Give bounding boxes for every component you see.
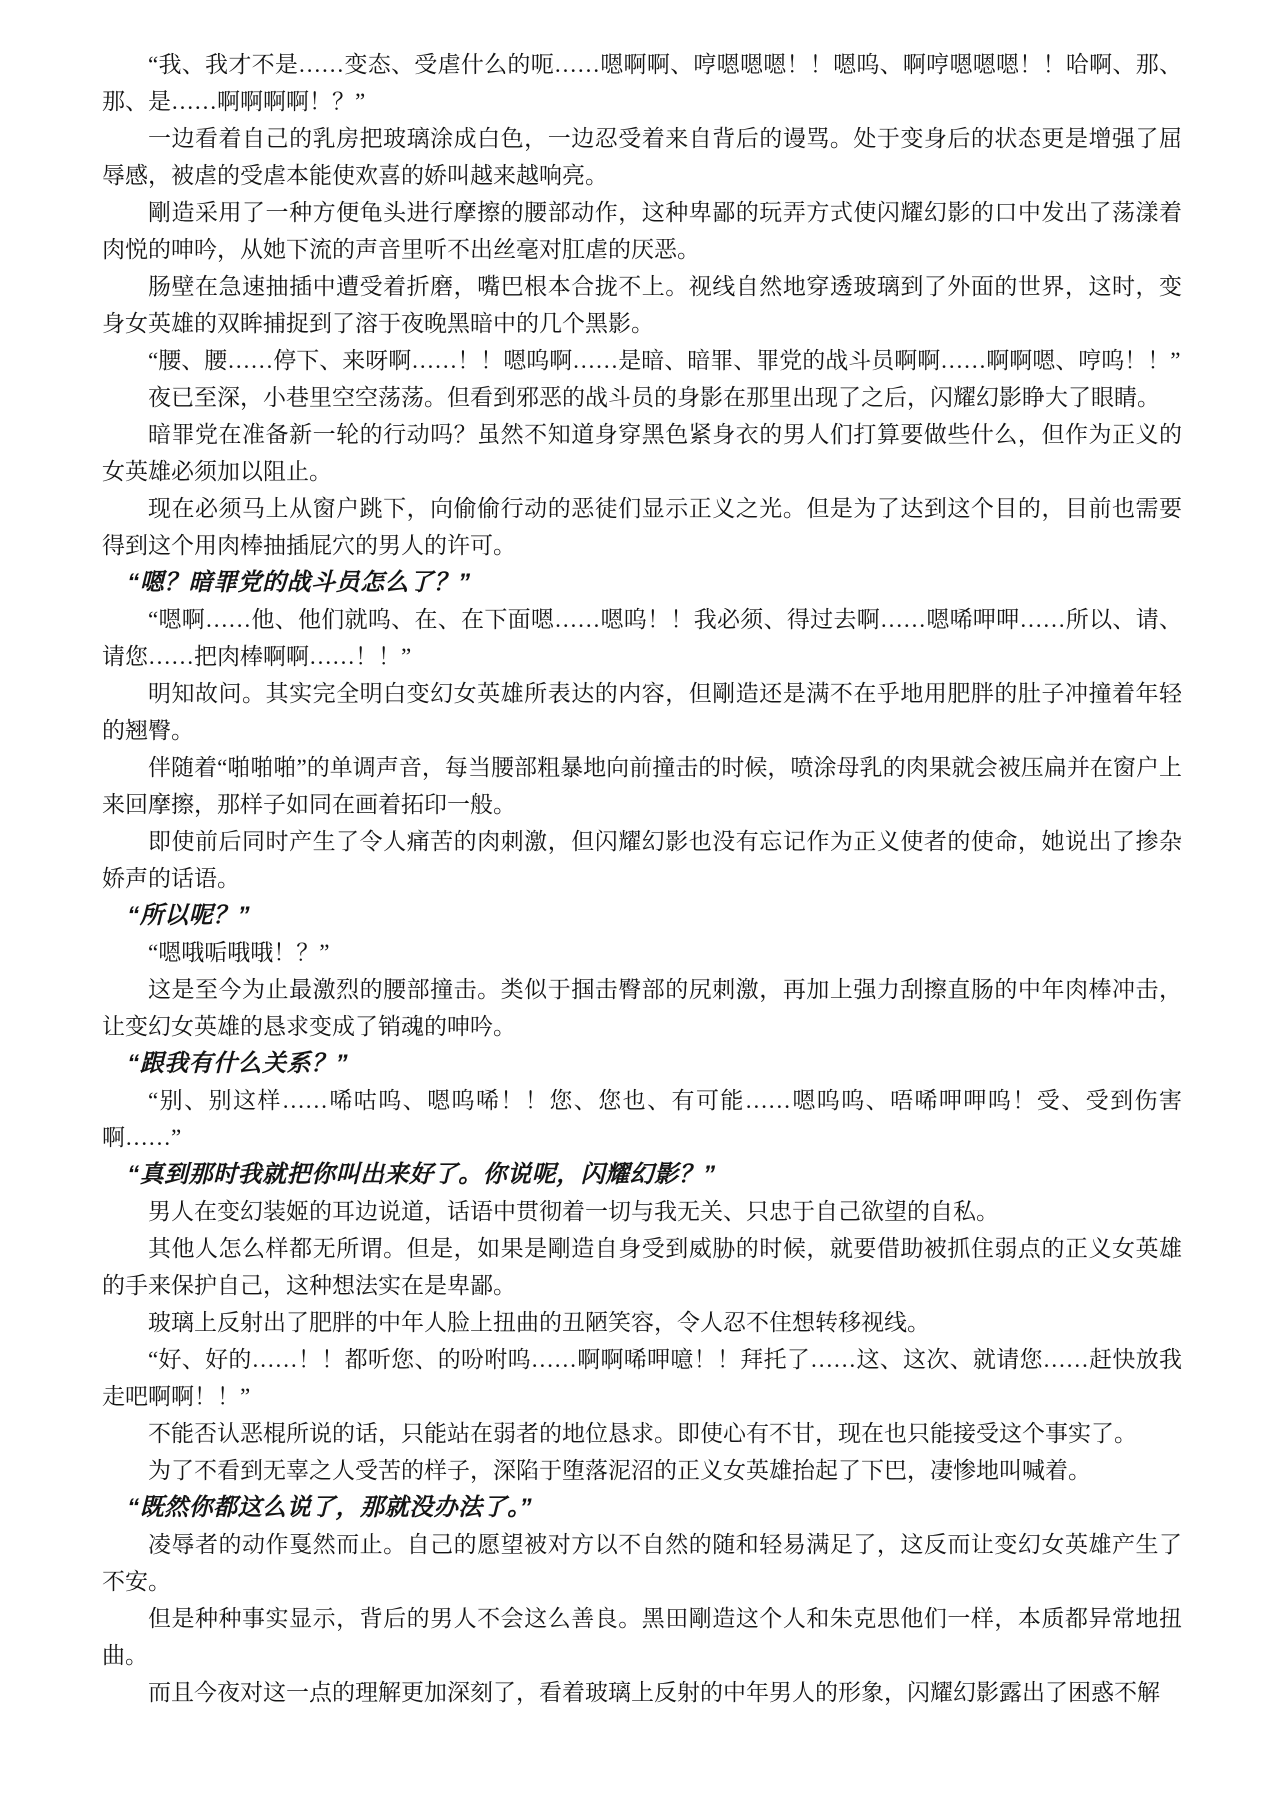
text-paragraph: 不能否认恶棍所说的话，只能站在弱者的地位恳求。即使心有不甘，现在也只能接受这个事…	[102, 1415, 1182, 1452]
text-paragraph: 而且今夜对这一点的理解更加深刻了，看着玻璃上反射的中年男人的形象，闪耀幻影露出了…	[102, 1674, 1182, 1711]
dialogue-emphasis-paragraph: “真到那时我就把你叫出来好了。你说呢，闪耀幻影？”	[102, 1156, 1182, 1193]
dialogue-emphasis-paragraph: “既然你都这么说了，那就没办法了。”	[102, 1489, 1182, 1526]
text-paragraph: “嗯哦㖃哦哦！？”	[102, 934, 1182, 971]
text-paragraph: 肠壁在急速抽插中遭受着折磨，嘴巴根本合拢不上。视线自然地穿透玻璃到了外面的世界，…	[102, 268, 1182, 342]
dialogue-emphasis-paragraph: “嗯？暗罪党的战斗员怎么了？”	[102, 564, 1182, 601]
text-paragraph: 这是至今为止最激烈的腰部撞击。类似于掴击臀部的尻刺激，再加上强力刮擦直肠的中年肉…	[102, 971, 1182, 1045]
text-paragraph: 一边看着自己的乳房把玻璃涂成白色，一边忍受着来自背后的谩骂。处于变身后的状态更是…	[102, 120, 1182, 194]
text-column: “我、我才不是……变态、受虐什么的呃……嗯啊啊、哼嗯嗯嗯！！嗯呜、啊哼嗯嗯嗯！！…	[102, 46, 1182, 1711]
text-paragraph: 夜已至深，小巷里空空荡荡。但看到邪恶的战斗员的身影在那里出现了之后，闪耀幻影睁大…	[102, 379, 1182, 416]
text-paragraph: 其他人怎么样都无所谓。但是，如果是剛造自身受到威胁的时候，就要借助被抓住弱点的正…	[102, 1230, 1182, 1304]
text-paragraph: 伴随着“啪啪啪”的单调声音，每当腰部粗暴地向前撞击的时候，喷涂母乳的肉果就会被压…	[102, 749, 1182, 823]
text-paragraph: “我、我才不是……变态、受虐什么的呃……嗯啊啊、哼嗯嗯嗯！！嗯呜、啊哼嗯嗯嗯！！…	[102, 46, 1182, 120]
text-paragraph: “好、好的……！！都听您、的吩咐呜……啊啊唏呷噫！！拜托了……这、这次、就请您……	[102, 1341, 1182, 1415]
text-paragraph: 明知故问。其实完全明白变幻女英雄所表达的内容，但剛造还是满不在乎地用肥胖的肚子冲…	[102, 675, 1182, 749]
dialogue-emphasis-paragraph: “所以呢？”	[102, 897, 1182, 934]
text-paragraph: 男人在变幻装姬的耳边说道，话语中贯彻着一切与我无关、只忠于自己欲望的自私。	[102, 1193, 1182, 1230]
text-paragraph: “别、别这样……唏咕呜、嗯呜唏！！您、您也、有可能……嗯呜呜、唔唏呷呷呜！受、受…	[102, 1082, 1182, 1156]
text-paragraph: 剛造采用了一种方便龟头进行摩擦的腰部动作，这种卑鄙的玩弄方式使闪耀幻影的口中发出…	[102, 194, 1182, 268]
document-page: “我、我才不是……变态、受虐什么的呃……嗯啊啊、哼嗯嗯嗯！！嗯呜、啊哼嗯嗯嗯！！…	[0, 0, 1280, 1817]
text-paragraph: 现在必须马上从窗户跳下，向偷偷行动的恶徒们显示正义之光。但是为了达到这个目的，目…	[102, 490, 1182, 564]
text-paragraph: 暗罪党在准备新一轮的行动吗？虽然不知道身穿黑色紧身衣的男人们打算要做些什么，但作…	[102, 416, 1182, 490]
text-paragraph: 玻璃上反射出了肥胖的中年人脸上扭曲的丑陋笑容，令人忍不住想转移视线。	[102, 1304, 1182, 1341]
text-paragraph: 但是种种事实显示，背后的男人不会这么善良。黑田剛造这个人和朱克思他们一样，本质都…	[102, 1600, 1182, 1674]
text-paragraph: 凌辱者的动作戛然而止。自己的愿望被对方以不自然的随和轻易满足了，这反而让变幻女英…	[102, 1526, 1182, 1600]
text-paragraph: “嗯啊……他、他们就呜、在、在下面嗯……嗯呜！！我必须、得过去啊……嗯唏呷呷………	[102, 601, 1182, 675]
text-paragraph: “腰、腰……停下、来呀啊……！！嗯呜啊……是暗、暗罪、罪党的战斗员啊啊……啊啊嗯…	[102, 342, 1182, 379]
text-paragraph: 即使前后同时产生了令人痛苦的肉刺激，但闪耀幻影也没有忘记作为正义使者的使命，她说…	[102, 823, 1182, 897]
text-paragraph: 为了不看到无辜之人受苦的样子，深陷于堕落泥沼的正义女英雄抬起了下巴，凄惨地叫喊着…	[102, 1452, 1182, 1489]
dialogue-emphasis-paragraph: “跟我有什么关系？”	[102, 1045, 1182, 1082]
